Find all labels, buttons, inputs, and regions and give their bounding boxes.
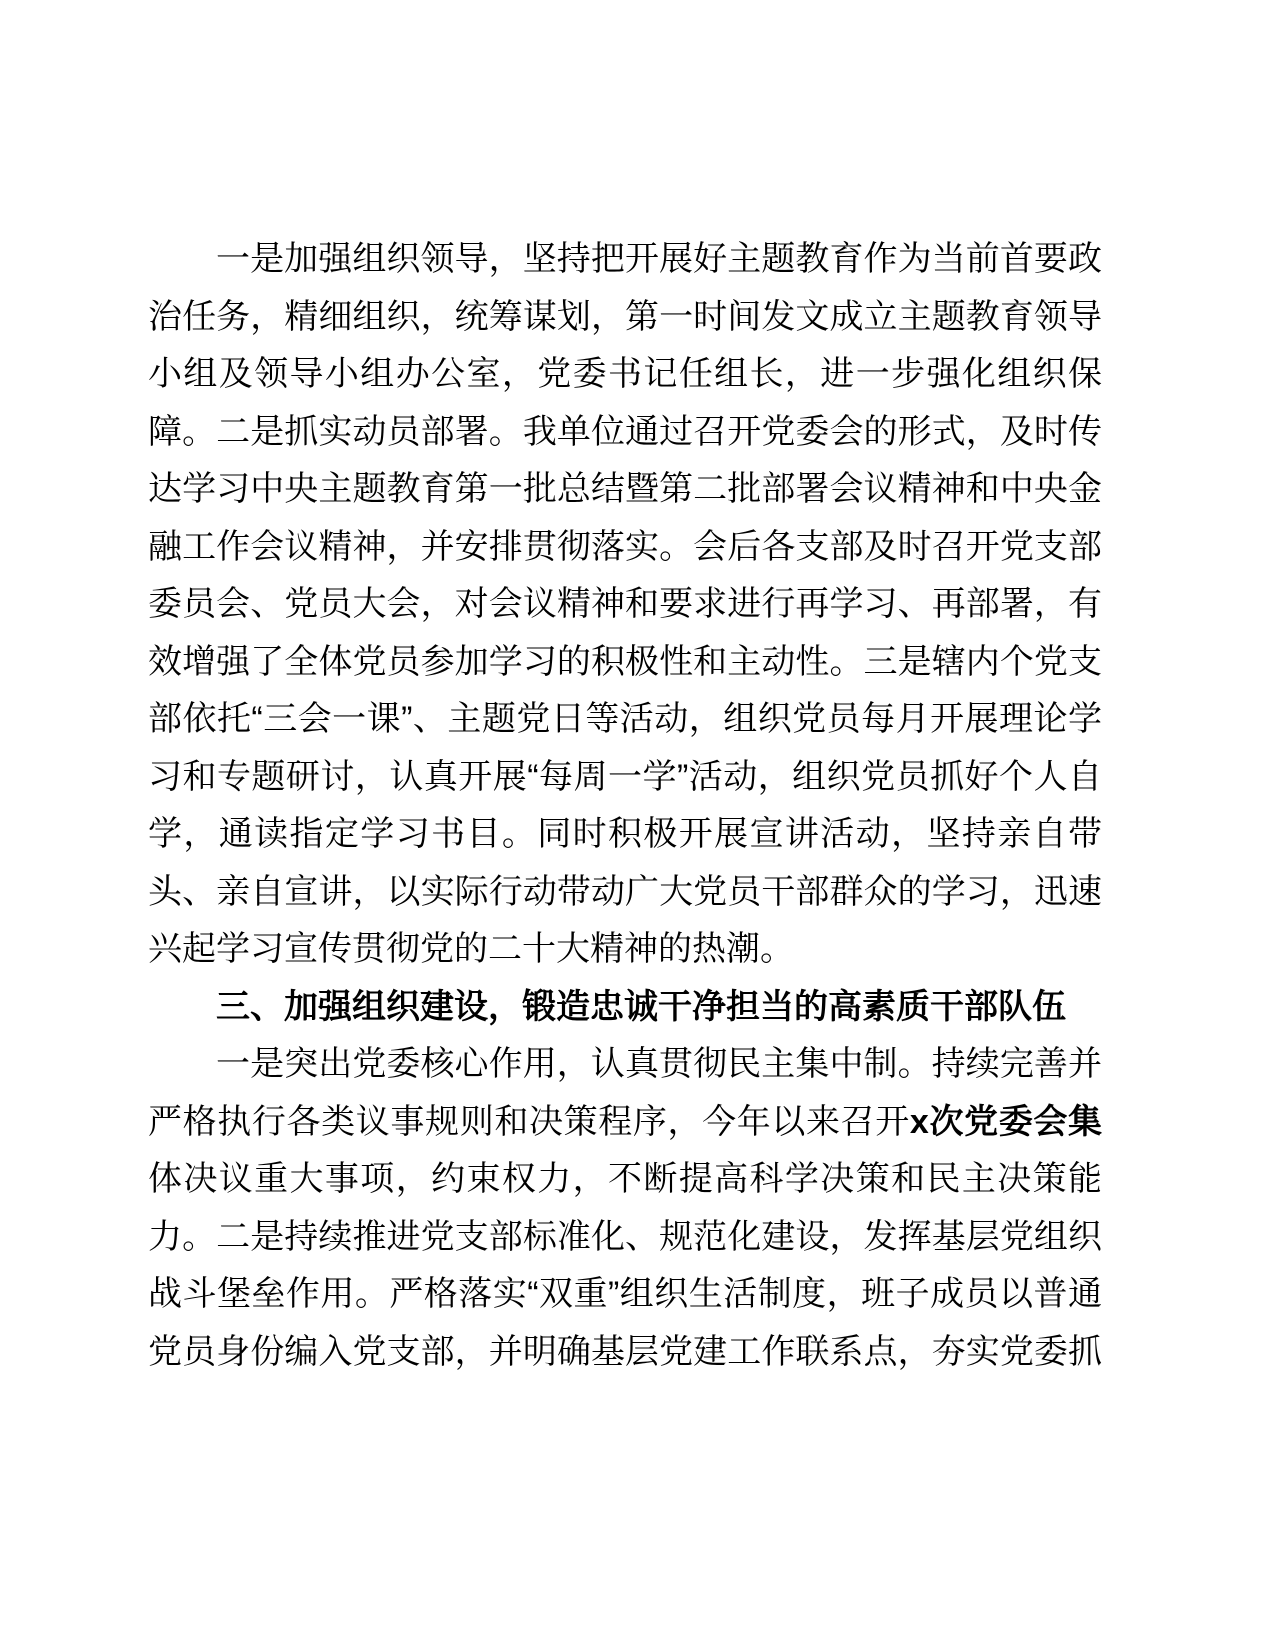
text-line: 一是加强组织领导，坚持把开展好主题教育作为当前首要政	[148, 231, 1102, 289]
document-text: 一是加强组织领导，坚持把开展好主题教育作为当前首要政 治任务，精细组织，统筹谋划…	[148, 231, 1102, 1381]
text-line: 治任务，精细组织，统筹谋划，第一时间发文成立主题教育领导	[148, 289, 1102, 347]
text-line: 严格执行各类议事规则和决策程序，今年以来召开x次党委会集	[148, 1094, 1102, 1152]
section-heading-line: 三、加强组织建设，锻造忠诚干净担当的高素质干部队伍	[148, 979, 1102, 1037]
text-line: 习和专题研讨，认真开展“每周一学”活动，组织党员抓好个人自	[148, 749, 1102, 807]
text-line: 小组及领导小组办公室，党委书记任组长，进一步强化组织保	[148, 346, 1102, 404]
text-line: 达学习中央主题教育第一批总结暨第二批部署会议精神和中央金	[148, 461, 1102, 519]
text-line: 兴起学习宣传贯彻党的二十大精神的热潮。	[148, 921, 1102, 979]
document-page: 一是加强组织领导，坚持把开展好主题教育作为当前首要政 治任务，精细组织，统筹谋划…	[0, 0, 1275, 1650]
text-line: 一是突出党委核心作用，认真贯彻民主集中制。持续完善并	[148, 1036, 1102, 1094]
text-segment: 严格执行各类议事规则和决策程序，今年以来召开	[148, 1103, 910, 1141]
bold-placeholder-segment: x次党委会集	[910, 1103, 1102, 1141]
text-line: 融工作会议精神，并安排贯彻落实。会后各支部及时召开党支部	[148, 519, 1102, 577]
text-line: 部依托“三会一课”、主题党日等活动，组织党员每月开展理论学	[148, 691, 1102, 749]
text-line: 体决议重大事项，约束权力，不断提高科学决策和民主决策能	[148, 1151, 1102, 1209]
text-line: 战斗堡垒作用。严格落实“双重”组织生活制度，班子成员以普通	[148, 1266, 1102, 1324]
text-line: 头、亲自宣讲，以实际行动带动广大党员干部群众的学习，迅速	[148, 864, 1102, 922]
text-line: 学，通读指定学习书目。同时积极开展宣讲活动，坚持亲自带	[148, 806, 1102, 864]
text-line: 党员身份编入党支部，并明确基层党建工作联系点，夯实党委抓	[148, 1324, 1102, 1382]
text-line: 委员会、党员大会，对会议精神和要求进行再学习、再部署，有	[148, 576, 1102, 634]
text-line: 效增强了全体党员参加学习的积极性和主动性。三是辖内个党支	[148, 634, 1102, 692]
text-line: 力。二是持续推进党支部标准化、规范化建设，发挥基层党组织	[148, 1209, 1102, 1267]
text-line: 障。二是抓实动员部署。我单位通过召开党委会的形式，及时传	[148, 404, 1102, 462]
